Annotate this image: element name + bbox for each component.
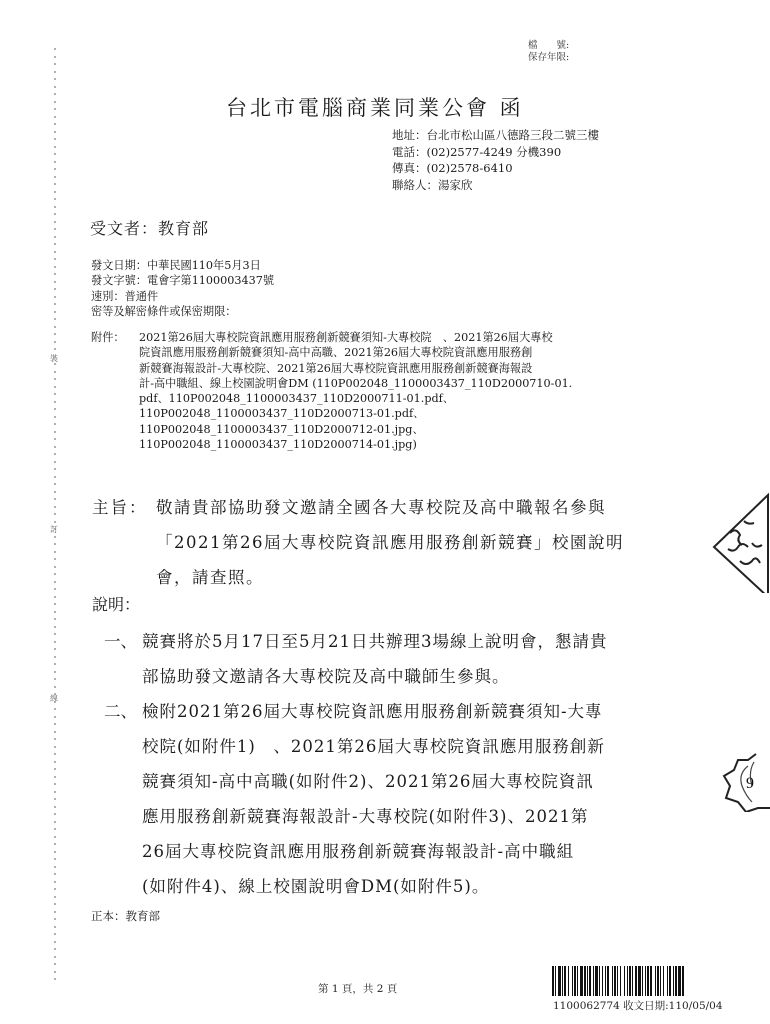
dispatch-number: 發文字號：電會字第1100003437號 (91, 273, 274, 288)
document-title: 台北市電腦商業同業公會 函 (226, 92, 524, 122)
file-number-label: 檔 號: (528, 40, 569, 52)
subject-line: 敬請貴部協助發文邀請全國各大專校院及高中職報名參與 (156, 490, 692, 525)
item-line: 26屆大專校院資訊應用服務創新競賽海報設計-高中職組 (142, 834, 704, 869)
attachment-line: 110P002048_1100003437_110D2000712-01.jpg… (139, 422, 691, 437)
attachment-line: 2021第26屆大專校院資訊應用服務創新競賽須知-大專校院 、2021第26屆大… (139, 330, 691, 345)
item-number: 二、 (104, 694, 137, 729)
item-line: 檢附2021第26屆大專校院資訊應用服務創新競賽須知-大專 (142, 694, 704, 729)
phone-line: 電話：(02)2577-4249 分機390 (392, 144, 599, 161)
recipient: 受文者：教育部 (90, 216, 209, 239)
address-line: 地址：台北市松山區八德路三段二號三樓 (392, 127, 599, 144)
attachment-line: 院資訊應用服務創新競賽須知-高中高職、2021第26屆大專校院資訊應用服務創 (139, 345, 691, 360)
page-indicator: 第 1 頁，共 2 頁 (318, 981, 397, 996)
archive-info: 檔 號: 保存年限: (528, 40, 569, 64)
barcode-text: 1100062774 收文日期:110/05/04 (553, 998, 723, 1013)
attachments-section: 附件： 2021第26屆大專校院資訊應用服務創新競賽須知-大專校院 、2021第… (91, 330, 691, 452)
dispatch-date: 發文日期：中華民國110年5月3日 (91, 258, 274, 273)
attachment-line: pdf、110P002048_1100003437_110D2000711-01… (139, 391, 691, 406)
item-line: 應用服務創新競賽海報設計-大專校院(如附件3)、2021第 (142, 799, 704, 834)
partial-seal-stamp-icon (700, 493, 770, 593)
page-seal-stamp-icon: 9 (716, 752, 770, 812)
contact-person-line: 聯絡人：湯家欣 (392, 177, 599, 194)
urgency: 速別：普通件 (91, 289, 274, 304)
attachment-line: 110P002048_1100003437_110D2000714-01.jpg… (139, 437, 691, 452)
fax-line: 傳真：(02)2578-6410 (392, 160, 599, 177)
explanation-label: 說明： (92, 592, 140, 615)
item-line: (如附件4)、線上校園說明會DM(如附件5)。 (142, 869, 704, 904)
sender-contact-block: 地址：台北市松山區八德路三段二號三樓 電話：(02)2577-4249 分機39… (392, 127, 599, 193)
attachment-line: 110P002048_1100003437_110D2000713-01.pdf… (139, 406, 691, 421)
item-number: 一、 (104, 624, 137, 659)
dispatch-meta: 發文日期：中華民國110年5月3日 發文字號：電會字第1100003437號 速… (91, 258, 274, 319)
subject-line: 「2021第26屆大專校院資訊應用服務創新競賽」校園說明 (156, 525, 692, 560)
copy-to: 正本：教育部 (91, 908, 160, 924)
subject-line: 會，請查照。 (156, 560, 692, 595)
explanation-item: 二、 檢附2021第26屆大專校院資訊應用服務創新競賽須知-大專 校院(如附件1… (104, 694, 704, 904)
confidentiality: 密等及解密條件或保密期限： (91, 304, 274, 319)
retention-period-label: 保存年限: (528, 52, 569, 64)
explanation-item: 一、 競賽將於5月17日至5月21日共辦理3場線上說明會，懇請貴 部協助發文邀請… (104, 624, 704, 694)
binding-line: 裝 訂 線 (50, 40, 70, 980)
attachment-line: 新競賽海報設計-大專校院、2021第26屆大專校院資訊應用服務創新競賽海報設 (139, 361, 691, 376)
item-line: 競賽須知-高中高職(如附件2)、2021第26屆大專校院資訊 (142, 764, 704, 799)
svg-text:9: 9 (746, 775, 754, 792)
item-line: 競賽將於5月17日至5月21日共辦理3場線上說明會，懇請貴 (142, 624, 704, 659)
subject-section: 主旨： 敬請貴部協助發文邀請全國各大專校院及高中職報名參與 「2021第26屆大… (92, 490, 692, 595)
explanation-items: 一、 競賽將於5月17日至5月21日共辦理3場線上說明會，懇請貴 部協助發文邀請… (104, 624, 704, 904)
attachments-label: 附件： (91, 330, 125, 345)
item-line: 部協助發文邀請各大專校院及高中職師生參與。 (142, 659, 704, 694)
item-line: 校院(如附件1) 、2021第26屆大專校院資訊應用服務創新 (142, 729, 704, 764)
subject-label: 主旨： (92, 490, 148, 525)
attachment-line: 計-高中職組、線上校園說明會DM (110P002048_1100003437_… (139, 376, 691, 391)
barcode (552, 966, 768, 996)
